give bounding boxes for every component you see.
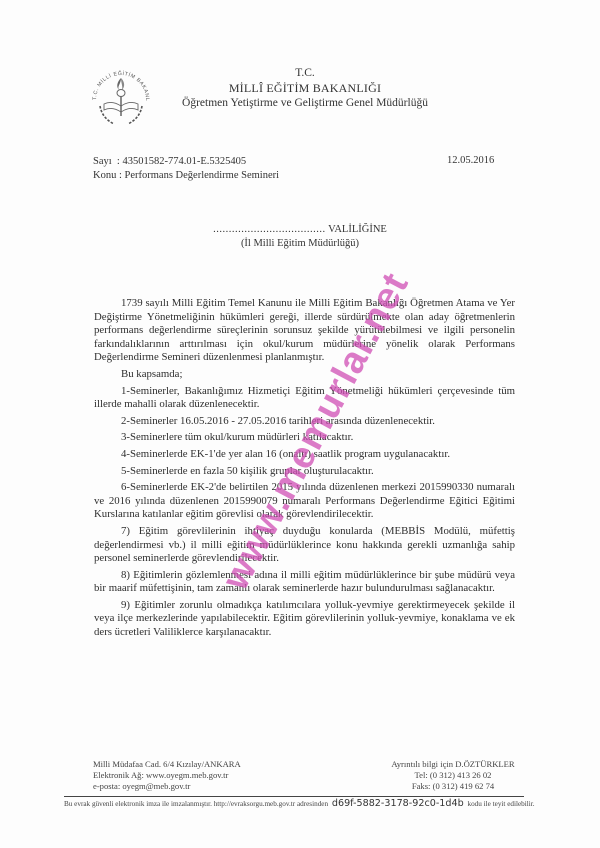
footer-tel: Tel: (0 312) 413 26 02 [378, 770, 528, 781]
reference-value: : 43501582-774.01-E.5325405 [117, 156, 246, 167]
ministry-logo-icon: T.C. MİLLİ EĞİTİM BAKANLIĞI [88, 60, 154, 130]
intro-paragraph: 1739 sayılı Milli Eğitim Temel Kanunu il… [94, 297, 515, 365]
subject-label: Konu [93, 170, 116, 181]
footer-fax: Faks: (0 312) 419 62 74 [378, 781, 528, 792]
footer-contact-block: Ayrıntılı bilgi için D.ÖZTÜRKLER Tel: (0… [378, 759, 528, 792]
addressee-subtitle: (İl Milli Eğitim Müdürlüğü) [0, 237, 600, 251]
verification-code: d69f-5882-3178-92c0-1d4b [332, 798, 464, 809]
list-item: 4-Seminerlerde EK-1'de yer alan 16 (onal… [94, 448, 515, 462]
footer-address-block: Milli Müdafaa Cad. 6/4 Kızılay/ANKARA El… [93, 759, 241, 792]
list-item: 6-Seminerlerde EK-2'de belirtilen 2015 y… [94, 481, 515, 522]
addressee-name: VALİLİĞİNE [326, 224, 387, 235]
footer-divider [64, 796, 524, 797]
e-signature-suffix: kodu ile teyit edilebilir. [467, 800, 534, 808]
addressee-title: .................................... VAL… [0, 223, 600, 237]
subject-value: : Performans Değerlendirme Semineri [119, 170, 279, 181]
e-signature-text: Bu evrak güvenli elektronik imza ile imz… [64, 800, 328, 808]
letterhead-ministry: MİLLÎ EĞİTİM BAKANLIĞI [150, 81, 460, 96]
list-item: 8) Eğitimlerin gözlemlenmesi adına il mi… [94, 569, 515, 596]
list-item: 3-Seminerlere tüm okul/kurum müdürleri k… [94, 431, 515, 445]
document-meta: Sayı : 43501582-774.01-E.5325405 Konu : … [93, 155, 279, 183]
footer-contact: Ayrıntılı bilgi için D.ÖZTÜRKLER [378, 759, 528, 770]
footer-web[interactable]: Elektronik Ağ: www.oyegm.meb.gov.tr [93, 770, 241, 781]
footer-email[interactable]: e-posta: oyegm@meb.gov.tr [93, 781, 241, 792]
footer-address: Milli Müdafaa Cad. 6/4 Kızılay/ANKARA [93, 759, 241, 770]
letterhead-country: T.C. [150, 66, 460, 81]
list-item: 2-Seminerler 16.05.2016 - 27.05.2016 tar… [94, 415, 515, 429]
letterhead: T.C. MİLLÎ EĞİTİM BAKANLIĞI Öğretmen Yet… [150, 66, 460, 111]
addressee: .................................... VAL… [0, 223, 600, 251]
addressee-dots: .................................... [213, 224, 326, 235]
list-item: 9) Eğitimler zorunlu olmadıkça katılımcı… [94, 599, 515, 640]
reference-label: Sayı [93, 156, 112, 167]
document-page: T.C. MİLLİ EĞİTİM BAKANLIĞI T.C. MİLLÎ E… [0, 0, 600, 848]
list-item: 7) Eğitim görevlilerinin ihtiyaç duyduğu… [94, 525, 515, 566]
list-item: 1-Seminerler, Bakanlığımız Hizmetiçi Eği… [94, 385, 515, 412]
scope-line: Bu kapsamda; [94, 368, 515, 382]
list-item: 5-Seminerlerde en fazla 50 kişilik grupl… [94, 465, 515, 479]
subject-line: Konu : Performans Değerlendirme Semineri [93, 169, 279, 183]
reference-number: Sayı : 43501582-774.01-E.5325405 [93, 155, 279, 169]
document-date: 12.05.2016 [447, 155, 494, 166]
letterhead-directorate: Öğretmen Yetiştirme ve Geliştirme Genel … [150, 96, 460, 111]
letter-body: 1739 sayılı Milli Eğitim Temel Kanunu il… [94, 297, 515, 640]
e-signature-note: Bu evrak güvenli elektronik imza ile imz… [64, 799, 544, 809]
